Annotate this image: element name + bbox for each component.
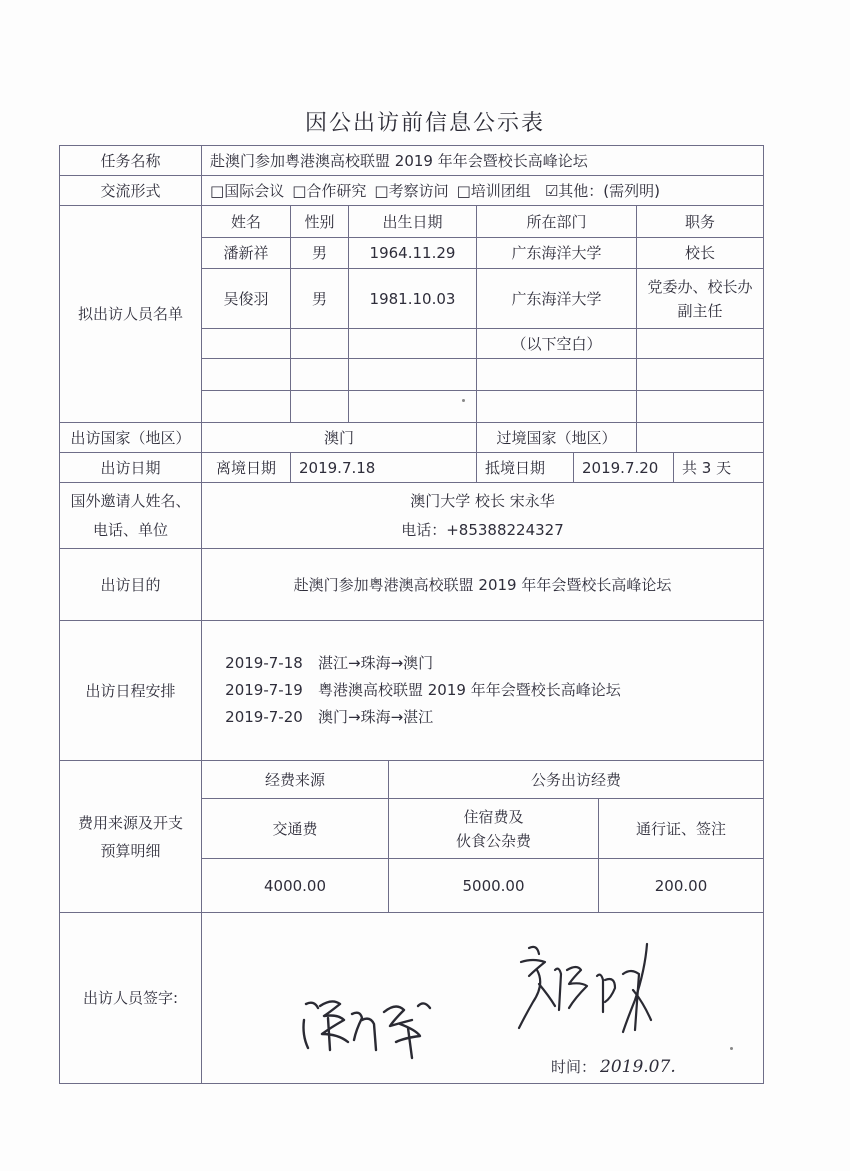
inviter-name: 澳门大学 校长 宋永华 xyxy=(410,487,555,516)
empty-cell xyxy=(636,358,764,391)
option-intl-conference[interactable]: □国际会议 xyxy=(210,179,284,203)
depart-date-value: 2019.7.18 xyxy=(290,452,477,483)
schedule-item: 2019-7-20 澳门→珠海→湛江 xyxy=(210,704,433,731)
depart-date-label: 离境日期 xyxy=(201,452,291,483)
budget-item-lodging: 住宿费及 伙食公杂费 xyxy=(388,798,599,859)
task-name-label: 任务名称 xyxy=(59,145,202,176)
option-training-group[interactable]: □培训团组 xyxy=(457,179,531,203)
person-name: 潘新祥 xyxy=(201,237,291,269)
blank-below-note: （以下空白） xyxy=(476,328,637,359)
schedule-item: 2019-7-19 粤港澳高校联盟 2019 年年会暨校长高峰论坛 xyxy=(210,677,621,704)
scan-speck xyxy=(730,1047,733,1050)
header-position: 职务 xyxy=(636,205,764,238)
personnel-label: 拟出访人员名单 xyxy=(59,205,202,423)
checked-checkbox-icon[interactable]: ☑ xyxy=(545,182,558,200)
task-name-value: 赴澳门参加粤港澳高校联盟 2019 年年会暨校长高峰论坛 xyxy=(201,145,764,176)
budget-amount-permit: 200.00 xyxy=(598,858,764,913)
person-birthdate: 1964.11.29 xyxy=(348,237,477,269)
person-gender: 男 xyxy=(290,268,349,329)
empty-cell xyxy=(348,390,477,423)
header-name: 姓名 xyxy=(201,205,291,238)
transit-country-label: 过境国家（地区） xyxy=(476,422,637,453)
funding-source-value: 公务出访经费 xyxy=(388,760,764,799)
signature-date: 2019.07. xyxy=(600,1057,676,1077)
option-other[interactable]: ☑其他：(需列明) xyxy=(545,179,660,203)
checkbox-icon[interactable]: □ xyxy=(292,182,306,200)
budget-item-permit: 通行证、签注 xyxy=(598,798,764,859)
empty-cell xyxy=(201,328,291,359)
empty-cell xyxy=(476,390,637,423)
empty-cell xyxy=(636,328,764,359)
empty-cell xyxy=(201,358,291,391)
inviter-label: 国外邀请人姓名、 电话、单位 xyxy=(59,482,202,549)
empty-cell xyxy=(290,390,349,423)
inviter-phone: 电话：+85388224327 xyxy=(401,516,564,545)
return-date-value: 2019.7.20 xyxy=(573,452,674,483)
scan-speck xyxy=(462,399,465,402)
empty-cell xyxy=(290,328,349,359)
country-label: 出访国家（地区） xyxy=(59,422,202,453)
header-department: 所在部门 xyxy=(476,205,637,238)
signature-wu-junyu xyxy=(515,940,665,1040)
checkbox-icon[interactable]: □ xyxy=(457,182,471,200)
exchange-form-label: 交流形式 xyxy=(59,175,202,206)
empty-cell xyxy=(348,328,477,359)
person-department: 广东海洋大学 xyxy=(476,237,637,269)
option-cooperative-research[interactable]: □合作研究 xyxy=(292,179,366,203)
person-name: 吴俊羽 xyxy=(201,268,291,329)
header-birthdate: 出生日期 xyxy=(348,205,477,238)
checkbox-icon[interactable]: □ xyxy=(374,182,388,200)
person-gender: 男 xyxy=(290,237,349,269)
person-position: 校长 xyxy=(636,237,764,269)
signature-pan-xinxiang xyxy=(300,990,470,1060)
signature-area[interactable] xyxy=(201,912,764,1084)
option-inspection-visit[interactable]: □考察访问 xyxy=(374,179,448,203)
return-date-label: 抵境日期 xyxy=(476,452,574,483)
inviter-info: 澳门大学 校长 宋永华 电话：+85388224327 xyxy=(201,482,764,549)
transit-country-value xyxy=(636,422,764,453)
country-value: 澳门 xyxy=(201,422,477,453)
budget-item-transport: 交通费 xyxy=(201,798,389,859)
purpose-value: 赴澳门参加粤港澳高校联盟 2019 年年会暨校长高峰论坛 xyxy=(201,548,764,621)
schedule-label: 出访日程安排 xyxy=(59,620,202,761)
exchange-form-options: □国际会议 □合作研究 □考察访问 □培训团组 ☑其他：(需列明) xyxy=(201,175,764,206)
signature-label: 出访人员签字: xyxy=(59,912,202,1084)
funding-source-label: 经费来源 xyxy=(201,760,389,799)
signature-time: 时间：2019.07. xyxy=(551,1056,676,1077)
form-title: 因公出访前信息公示表 xyxy=(0,106,850,137)
person-birthdate: 1981.10.03 xyxy=(348,268,477,329)
empty-cell xyxy=(201,390,291,423)
budget-amount-lodging: 5000.00 xyxy=(388,858,599,913)
empty-cell xyxy=(290,358,349,391)
purpose-label: 出访目的 xyxy=(59,548,202,621)
total-days: 共 3 天 xyxy=(673,452,764,483)
schedule-list: 2019-7-18 湛江→珠海→澳门 2019-7-19 粤港澳高校联盟 201… xyxy=(201,620,764,761)
empty-cell xyxy=(636,390,764,423)
dates-label: 出访日期 xyxy=(59,452,202,483)
schedule-item: 2019-7-18 湛江→珠海→澳门 xyxy=(210,650,433,677)
checkbox-icon[interactable]: □ xyxy=(210,182,224,200)
header-gender: 性别 xyxy=(290,205,349,238)
budget-label: 费用来源及开支 预算明细 xyxy=(59,760,202,913)
person-position: 党委办、校长办 副主任 xyxy=(636,268,764,329)
empty-cell xyxy=(476,358,637,391)
empty-cell xyxy=(348,358,477,391)
budget-amount-transport: 4000.00 xyxy=(201,858,389,913)
person-department: 广东海洋大学 xyxy=(476,268,637,329)
